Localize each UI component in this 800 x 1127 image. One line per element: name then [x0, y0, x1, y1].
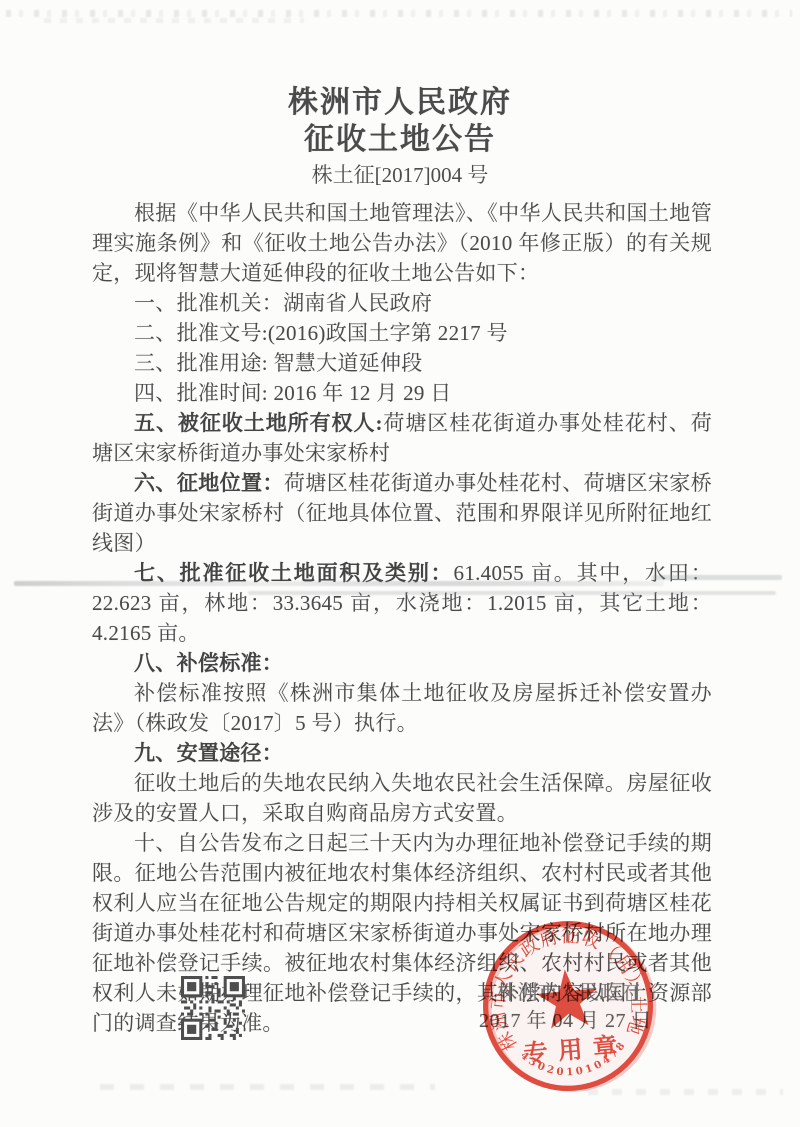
paragraph-item-5: 五、被征收土地所有权人:荷塘区桂花街道办事处桂花村、荷塘区宋家桥街道办事处宋家桥…	[92, 408, 712, 468]
document-page: 株洲市人民政府 征收土地公告 株土征[2017]004 号 根据《中华人民共和国…	[0, 0, 800, 1127]
scan-noise-bottom	[100, 1084, 435, 1090]
doc-number: 株土征[2017]004 号	[0, 161, 800, 189]
paragraph-item-3: 三、批准用途: 智慧大道延伸段	[92, 348, 712, 378]
paragraph-item-8-body: 补偿标准按照《株洲市集体土地征收及房屋拆迁补偿安置办法》（株政发〔2017〕5 …	[92, 678, 712, 738]
paragraph-item-1: 一、批准机关：湖南省人民政府	[92, 288, 712, 318]
page-title-line1: 株洲市人民政府	[0, 0, 800, 121]
official-seal: 株洲市人民政府征收（用）土地 专用章 4302010104788	[468, 906, 667, 1105]
paragraph-item-9-body: 征收土地后的失地农民纳入失地农民社会生活保障。房屋征收涉及的安置人口，采取自购商…	[92, 768, 712, 828]
paragraph-item-9: 九、安置途径：	[92, 738, 712, 768]
paragraph-item-8: 八、补偿标准：	[92, 648, 712, 678]
qr-code	[181, 976, 245, 1040]
paragraph-intro: 根据《中华人民共和国土地管理法》、《中华人民共和国土地管理实施条例》和《征收土地…	[92, 198, 712, 288]
paragraph-item-2: 二、批准文号:(2016)政国土字第 2217 号	[92, 318, 712, 348]
paragraph-item-7: 七、批准征收土地面积及类别：61.4055 亩。其中，水田：22.623 亩，林…	[92, 558, 712, 648]
page-title-line2: 征收土地公告	[0, 121, 800, 158]
paragraph-item-6: 六、征地位置：荷塘区桂花街道办事处桂花村、荷塘区宋家桥街道办事处宋家桥村（征地具…	[92, 468, 712, 558]
paragraph-item-4: 四、批准时间: 2016 年 12 月 29 日	[92, 378, 712, 408]
